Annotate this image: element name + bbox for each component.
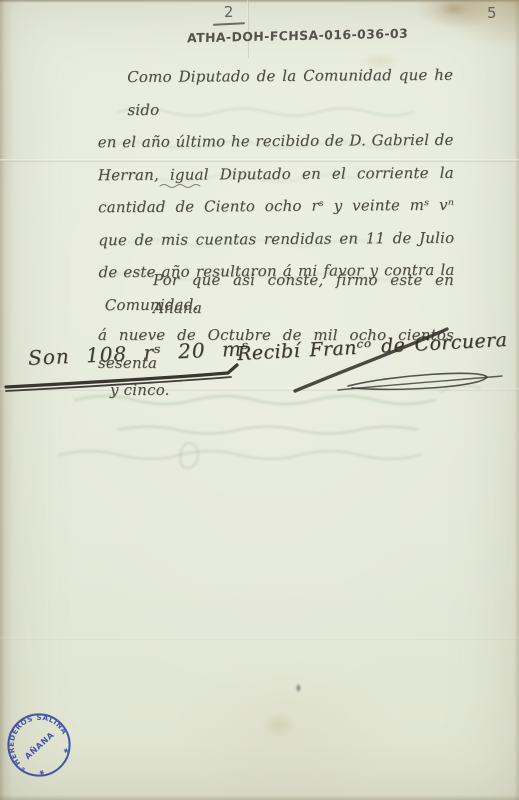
paper-stain: [440, 2, 466, 16]
manuscript-line: Herran, igual Diputado en el corriente l…: [98, 156, 454, 191]
archival-reference-code: ATHA-DOH-FCHSA-016-036-03: [187, 26, 408, 46]
manuscript-line: en el año último he recibido de D. Gabri…: [98, 124, 454, 159]
manuscript-line: que de mis cuentas rendidas en 11 de Jul…: [98, 221, 454, 256]
stamp-arc-text: Cª HEREDEROS SALINAS: [0, 697, 70, 777]
manuscript-line: Por que asi conste, firmo este en Añana: [98, 267, 454, 322]
paper-stain: [262, 712, 296, 738]
manuscript-line: Como Diputado de la Comunidad que he sid…: [97, 59, 453, 126]
ink-spot: [295, 683, 302, 693]
paper-stain: [360, 52, 400, 70]
page-number: 2: [224, 3, 234, 21]
fold-crease: [0, 637, 519, 640]
manuscript-line: y cinco.: [98, 377, 454, 405]
manuscript-line: cantidad de Ciento ocho rˢ y veinte mˢ v…: [98, 189, 454, 224]
stamp-center-text: AÑANA: [23, 730, 56, 762]
scanned-document-page: 2 5 ATHA-DOH-FCHSA-016-036-03 Como Diput…: [0, 0, 519, 800]
heirs-of-salinas-stamp: Cª HEREDEROS SALINAS AÑANA ✱ ✱: [0, 697, 87, 793]
page-number-underline: [213, 22, 245, 26]
folio-number: 5: [487, 4, 497, 22]
